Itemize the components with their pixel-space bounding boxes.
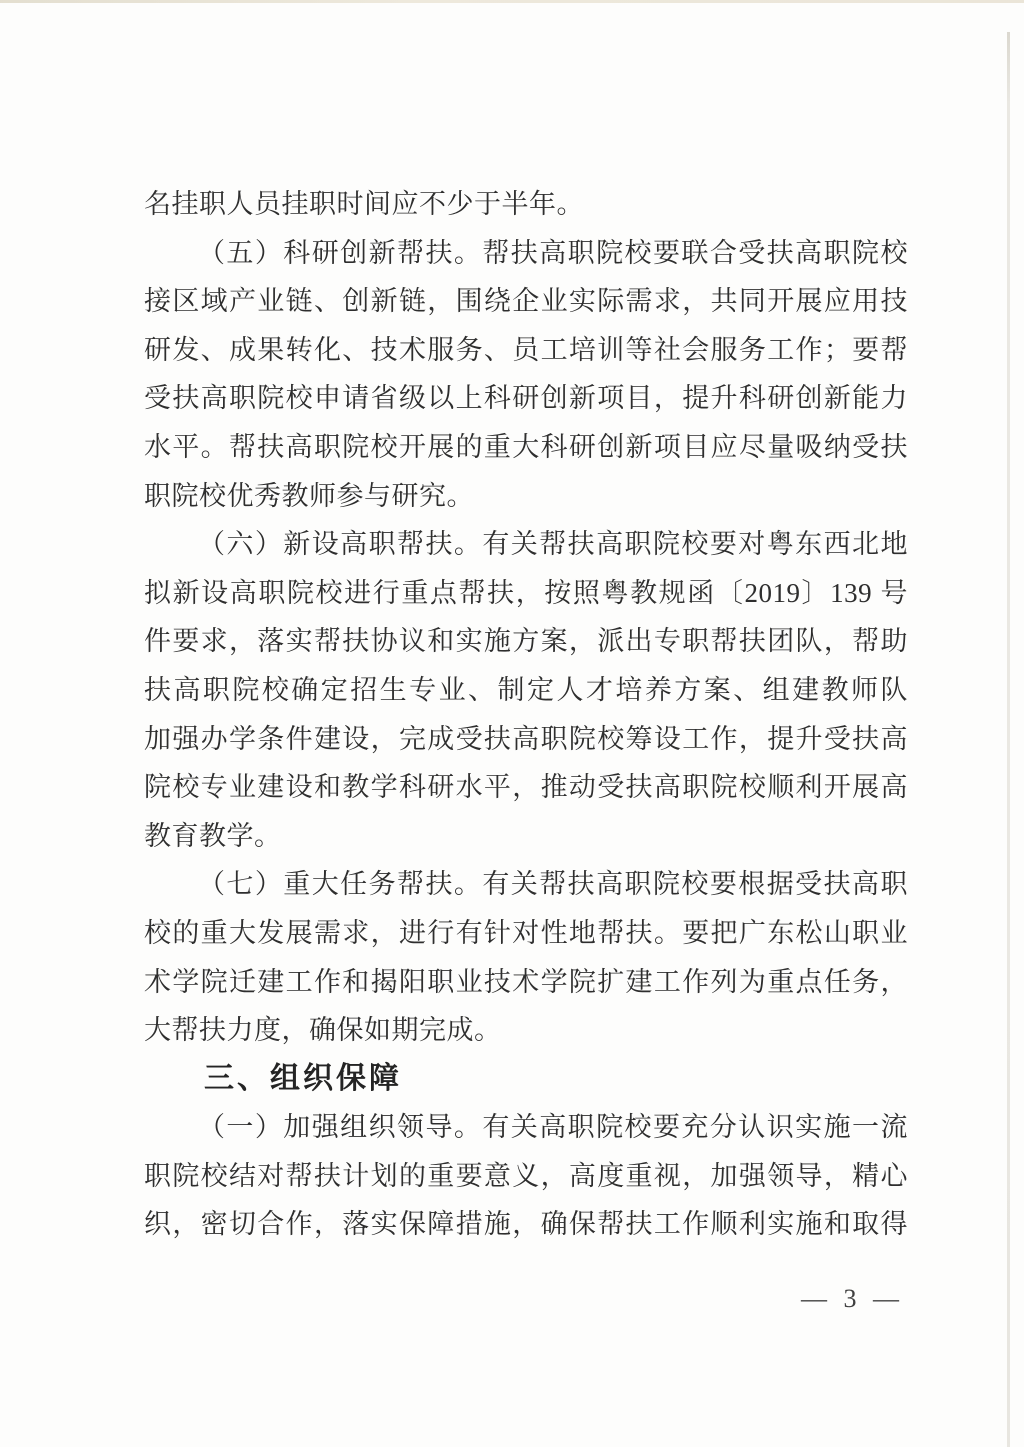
scan-edge-artifact-top (0, 0, 1024, 3)
text-line: 职院校结对帮扶计划的重要意义，高度重视，加强领导，精心组 (144, 1152, 908, 1201)
document-body: 名挂职人员挂职时间应不少于半年。（五）科研创新帮扶。帮扶高职院校要联合受扶高职院… (144, 180, 908, 1249)
text-line: 研发、成果转化、技术服务、员工培训等社会服务工作；要帮助 (144, 326, 908, 375)
text-line: 院校专业建设和教学科研水平，推动受扶高职院校顺利开展高职 (144, 763, 908, 812)
text-line: 拟新设高职院校进行重点帮扶，按照粤教规函〔2019〕139 号文 (144, 569, 908, 618)
text-line: 件要求，落实帮扶协议和实施方案，派出专职帮扶团队，帮助受 (144, 617, 908, 666)
text-line: （七）重大任务帮扶。有关帮扶高职院校要根据受扶高职院 (144, 860, 908, 909)
text-line: （六）新设高职帮扶。有关帮扶高职院校要对粤东西北地区 (144, 520, 908, 569)
scan-edge-artifact-right (1007, 32, 1010, 1447)
text-line: 扶高职院校确定招生专业、制定人才培养方案、组建教师队伍、 (144, 666, 908, 715)
scanned-document-page: 名挂职人员挂职时间应不少于半年。（五）科研创新帮扶。帮扶高职院校要联合受扶高职院… (0, 0, 1024, 1447)
text-line: 术学院迁建工作和揭阳职业技术学院扩建工作列为重点任务，加 (144, 958, 908, 1007)
section-heading: 三、组织保障 (144, 1055, 908, 1104)
text-line: 名挂职人员挂职时间应不少于半年。 (144, 180, 908, 229)
text-line: 受扶高职院校申请省级以上科研创新项目，提升科研创新能力和 (144, 374, 908, 423)
text-line: 织，密切合作，落实保障措施，确保帮扶工作顺利实施和取得实 (144, 1200, 908, 1249)
text-line: 加强办学条件建设，完成受扶高职院校筹设工作，提升受扶高职 (144, 715, 908, 764)
text-line: 接区域产业链、创新链，围绕企业实际需求，共同开展应用技术 (144, 277, 908, 326)
page-number: — 3 — (801, 1281, 904, 1317)
text-line: 职院校优秀教师参与研究。 (144, 472, 908, 521)
text-line: 教育教学。 (144, 812, 908, 861)
text-line: （一）加强组织领导。有关高职院校要充分认识实施一流高 (144, 1103, 908, 1152)
text-line: 大帮扶力度，确保如期完成。 (144, 1006, 908, 1055)
text-line: （五）科研创新帮扶。帮扶高职院校要联合受扶高职院校对 (144, 229, 908, 278)
text-line: 校的重大发展需求，进行有针对性地帮扶。要把广东松山职业技 (144, 909, 908, 958)
text-line: 水平。帮扶高职院校开展的重大科研创新项目应尽量吸纳受扶高 (144, 423, 908, 472)
